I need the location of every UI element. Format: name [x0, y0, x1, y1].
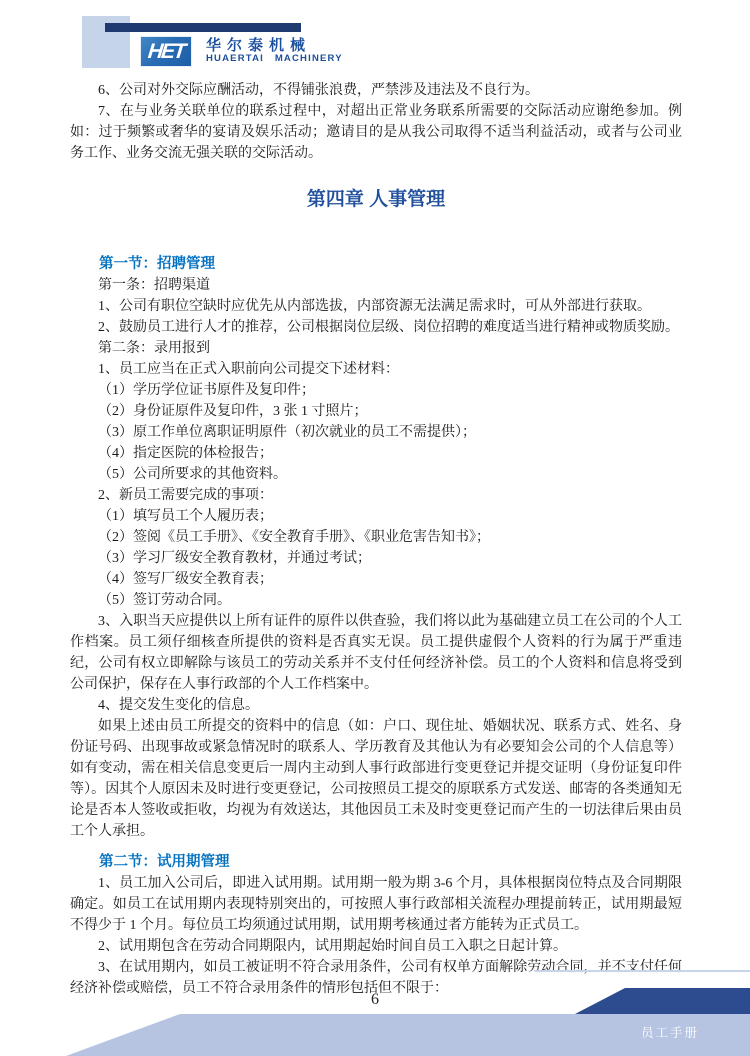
- list-item: （4）指定医院的体检报告；: [70, 443, 682, 464]
- document-page: HET 华尔泰机械 HUAERTAI MACHINERY 6、公司对外交际应酬活…: [0, 0, 750, 1056]
- section-heading-probation: 第二节：试用期管理: [70, 852, 682, 873]
- paragraph: 2、新员工需要完成的事项：: [70, 485, 682, 506]
- list-item: （1）学历学位证书原件及复印件；: [70, 380, 682, 401]
- footer-accent-line: [535, 970, 750, 972]
- list-item: （5）签订劳动合同。: [70, 590, 682, 611]
- paragraph: 1、公司有职位空缺时应优先从内部选拔，内部资源无法满足需求时，可从外部进行获取。: [70, 296, 682, 317]
- paragraph: 3、入职当天应提供以上所有证件的原件以供查验，我们将以此为基础建立员工在公司的个…: [70, 611, 682, 695]
- footer-handbook-label: 员工手册: [608, 1023, 732, 1041]
- company-name-english: HUAERTAI MACHINERY: [206, 53, 343, 64]
- list-item: （2）签阅《员工手册》、《安全教育手册》、《职业危害告知书》；: [70, 527, 682, 548]
- list-item: （4）签写厂级安全教育表；: [70, 569, 682, 590]
- paragraph: 7、在与业务关联单位的联系过程中，对超出正常业务联系所需要的交际活动应谢绝参加。…: [70, 101, 682, 164]
- list-item: （5）公司所要求的其他资料。: [70, 464, 682, 485]
- paragraph: 4、提交发生变化的信息。: [70, 695, 682, 716]
- chapter-title: 第四章 人事管理: [70, 186, 682, 214]
- paragraph: 2、试用期包含在劳动合同期限内，试用期起始时间自员工入职之日起计算。: [70, 936, 682, 957]
- header-accent-bar: [105, 23, 301, 32]
- logo-het-monogram: HET: [147, 40, 186, 64]
- paragraph: 6、公司对外交际应酬活动，不得铺张浪费，严禁涉及违法及不良行为。: [70, 80, 682, 101]
- company-name-chinese: 华尔泰机械: [206, 34, 311, 55]
- section-heading-recruitment: 第一节：招聘管理: [70, 254, 682, 275]
- list-item: （3）学习厂级安全教育教材，并通过考试；: [70, 548, 682, 569]
- paragraph: 1、员工应当在正式入职前向公司提交下述材料：: [70, 359, 682, 380]
- list-item: （2）身份证原件及复印件，3 张 1 寸照片；: [70, 401, 682, 422]
- paragraph: 第一条：招聘渠道: [70, 275, 682, 296]
- paragraph: 如果上述由员工所提交的资料中的信息（如：户口、现住址、婚姻状况、联系方式、姓名、…: [70, 716, 682, 842]
- paragraph: 第二条：录用报到: [70, 338, 682, 359]
- list-item: （3）原工作单位离职证明原件（初次就业的员工不需提供）；: [70, 422, 682, 443]
- paragraph: 1、员工加入公司后，即进入试用期。试用期一般为期 3-6 个月，具体根据岗位特点…: [70, 873, 682, 936]
- document-body: 6、公司对外交际应酬活动，不得铺张浪费，严禁涉及违法及不良行为。 7、在与业务关…: [70, 80, 682, 999]
- list-item: （1）填写员工个人履历表；: [70, 506, 682, 527]
- company-logo: HET: [140, 36, 192, 67]
- paragraph: 2、鼓励员工进行人才的推荐，公司根据岗位层级、岗位招聘的难度适当进行精神或物质奖…: [70, 317, 682, 338]
